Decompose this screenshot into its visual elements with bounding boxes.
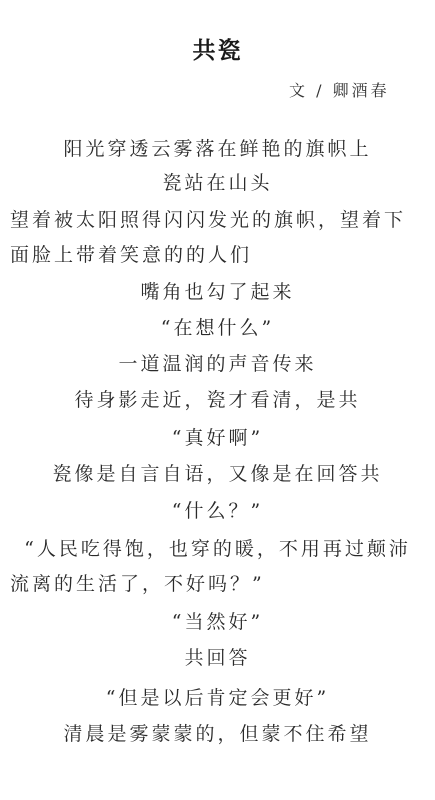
poem-line: 清晨是雾蒙蒙的，但蒙不住希望 (0, 722, 435, 746)
poem-line: 面脸上带着笑意的的人们 (0, 243, 435, 267)
poem-line: 望着被太阳照得闪闪发光的旗帜，望着下 (0, 208, 435, 232)
poem-line: “但是以后肯定会更好” (0, 686, 435, 710)
poem-line: “在想什么” (0, 316, 435, 340)
poem-line: 阳光穿透云雾落在鲜艳的旗帜上 (0, 137, 435, 161)
poem-line: “人民吃得饱，也穿的暖，不用再过颠沛 (0, 537, 435, 561)
author-credit: 文 / 卿酒春 (289, 78, 390, 101)
poem-line: 流离的生活了，不好吗？” (0, 572, 435, 596)
poem-title: 共瓷 (0, 32, 435, 65)
poem-line: 瓷像是自言自语，又像是在回答共 (0, 462, 435, 486)
poem-line: 一道温润的声音传来 (0, 352, 435, 376)
poem-line: 嘴角也勾了起来 (0, 280, 435, 304)
poem-line: 待身影走近，瓷才看清，是共 (0, 388, 435, 412)
poem-line: “什么？” (0, 499, 435, 523)
poem-line: “当然好” (0, 610, 435, 634)
poem-line: 瓷站在山头 (0, 171, 435, 195)
poem-line: 共回答 (0, 646, 435, 670)
poem-line: “真好啊” (0, 426, 435, 450)
document-page: 共瓷 文 / 卿酒春 阳光穿透云雾落在鲜艳的旗帜上 瓷站在山头 望着被太阳照得闪… (0, 0, 435, 800)
